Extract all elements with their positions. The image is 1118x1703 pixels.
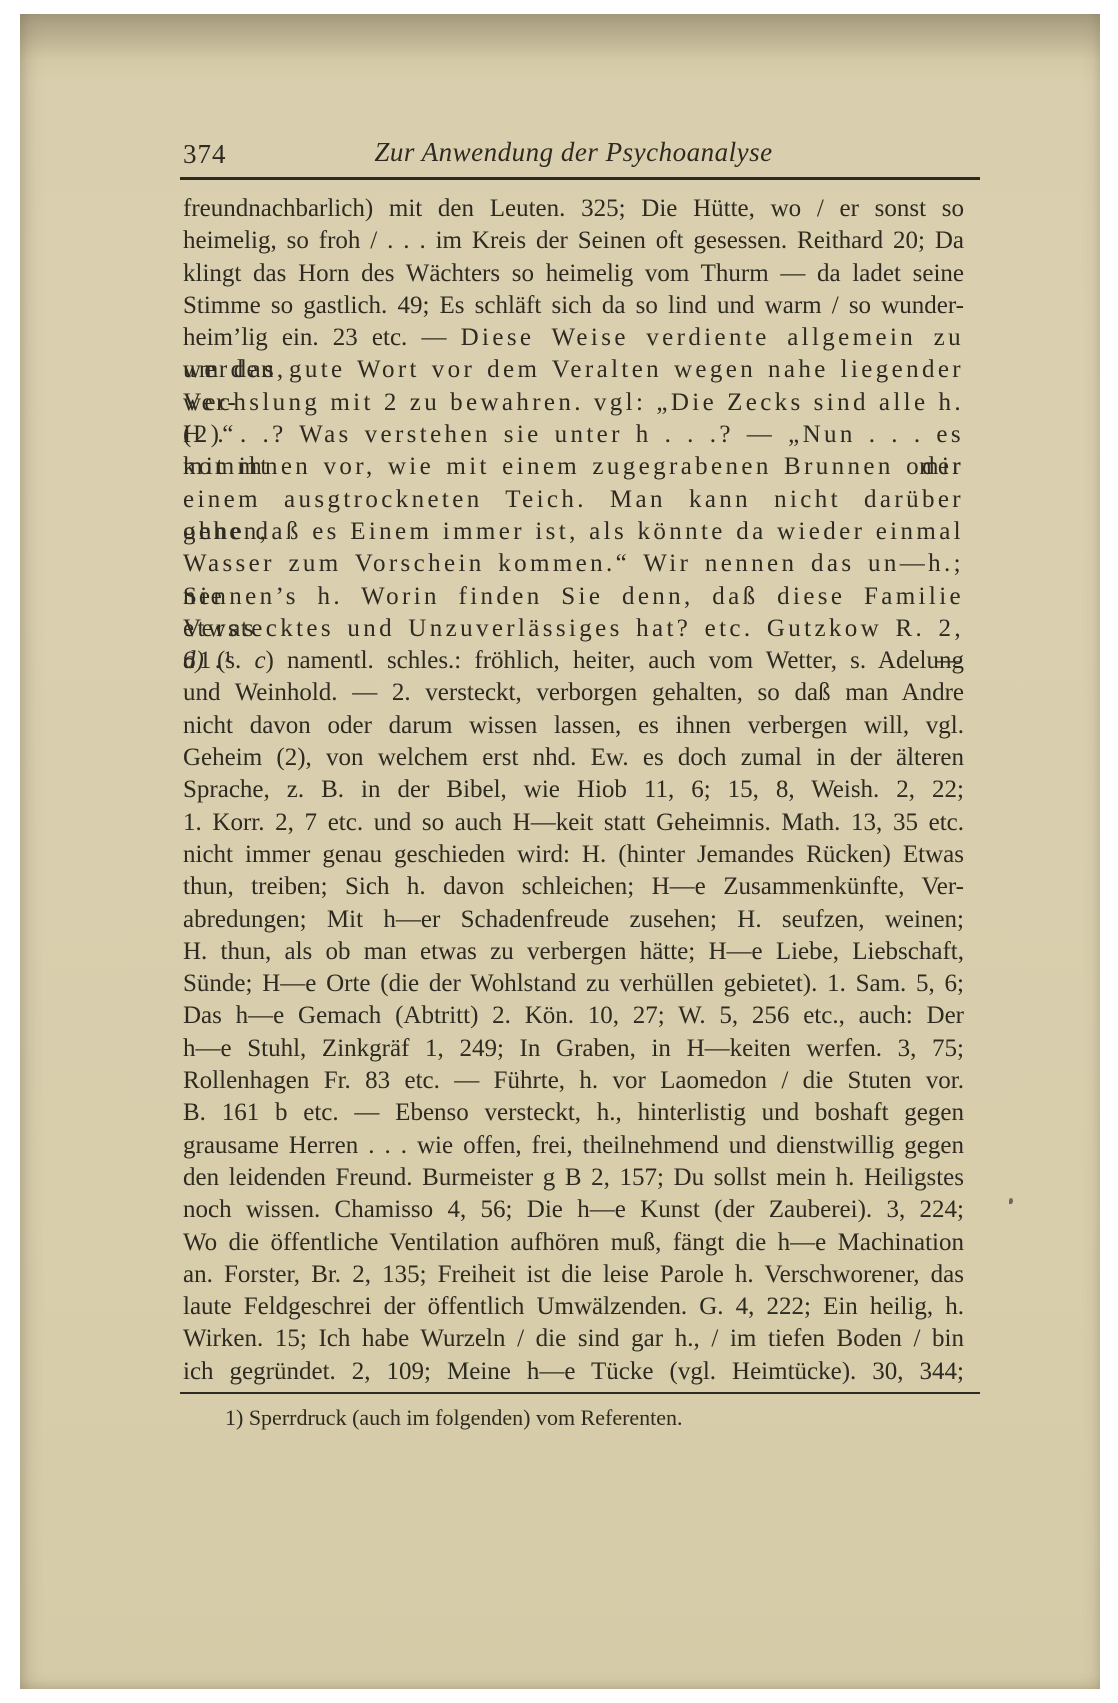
text-line: nicht immer genau geschieden wird: H. (h…: [183, 839, 964, 871]
text-line: und Weinhold. — 2. versteckt, verborgen …: [183, 677, 964, 709]
text-line: Sünde; H—e Orte (die der Wohlstand zu ve…: [183, 968, 964, 1000]
text-line: abredungen; Mit h—er Schadenfreude zuseh…: [183, 904, 964, 936]
text-line: Geheim (2), von welchem erst nhd. Ew. es…: [183, 742, 964, 774]
scan-speck: [1009, 1198, 1013, 1204]
text-line: Rollenhagen Fr. 83 etc. — Führte, h. vor…: [183, 1065, 964, 1097]
text-block: freundnachbarlich) mit den Leuten. 325; …: [183, 193, 964, 1388]
footnote-rule: [180, 1392, 980, 1394]
text-line: Wasser zum Vorschein kommen.“ Wir nennen…: [183, 548, 964, 580]
text-line: Stimme so gastlich. 49; Es schläft sich …: [183, 290, 964, 322]
text-line: thun, treiben; Sich h. davon schleichen;…: [183, 871, 964, 903]
text-line: grausame Herren . . . wie offen, frei, t…: [183, 1130, 964, 1162]
text-line: Verstecktes und Unzuverlässiges hat? etc…: [183, 613, 964, 645]
text-line: Wo die öffentliche Ventilation aufhören …: [183, 1227, 964, 1259]
text-line: 1. Korr. 2, 7 etc. und so auch H—keit st…: [183, 807, 964, 839]
scan-frame: 374 Zur Anwendung der Psychoanalyse freu…: [0, 0, 1118, 1703]
text-line: B. 161 b etc. — Ebenso versteckt, h., hi…: [183, 1097, 964, 1129]
text-line: mit ihnen vor, wie mit einem zugegrabene…: [183, 451, 964, 483]
text-line: einem ausgtrockneten Teich. Man kann nic…: [183, 484, 964, 516]
text-line: H. thun, als ob man etwas zu verbergen h…: [183, 936, 964, 968]
text-line: nennen’s h. Worin finden Sie denn, daß d…: [183, 581, 964, 613]
text-line: noch wissen. Chamisso 4, 56; Die h—e Kun…: [183, 1194, 964, 1226]
text-line: freundnachbarlich) mit den Leuten. 325; …: [183, 193, 964, 225]
text-line: heimelig, so froh / . . . im Kreis der S…: [183, 225, 964, 257]
text-line: den leidenden Freund. Burmeister g B 2, …: [183, 1162, 964, 1194]
text-line: laute Feldgeschrei der öffentlich Umwälz…: [183, 1291, 964, 1323]
book-page: 374 Zur Anwendung der Psychoanalyse freu…: [20, 14, 1100, 1689]
header-rule: [180, 177, 980, 180]
text-line: um das gute Wort vor dem Veralten wegen …: [183, 354, 964, 386]
footnote: 1) Sperrdruck (auch im folgenden) vom Re…: [225, 1404, 964, 1432]
text-line: klingt das Horn des Wächters so heimelig…: [183, 258, 964, 290]
page-header: 374 Zur Anwendung der Psychoanalyse: [183, 136, 964, 170]
text-line: Wirken. 15; Ich habe Wurzeln / die sind …: [183, 1323, 964, 1355]
text-line: ohne daß es Einem immer ist, als könnte …: [183, 516, 964, 548]
text-line: d) (s. c) namentl. schles.: fröhlich, he…: [183, 645, 964, 677]
text-line: H . . .? Was verstehen sie unter h . . .…: [183, 419, 964, 451]
text-line: an. Forster, Br. 2, 135; Freiheit ist di…: [183, 1259, 964, 1291]
text-line: nicht davon oder darum wissen lassen, es…: [183, 710, 964, 742]
text-line: ich gegründet. 2, 109; Meine h—e Tücke (…: [183, 1356, 964, 1388]
text-line: h—e Stuhl, Zinkgräf 1, 249; In Graben, i…: [183, 1033, 964, 1065]
text-line: Das h—e Gemach (Abtritt) 2. Kön. 10, 27;…: [183, 1000, 964, 1032]
text-line: heim’lig ein. 23 etc. — Diese Weise verd…: [183, 322, 964, 354]
text-line: wechslung mit 2 zu bewahren. vgl: „Die Z…: [183, 387, 964, 419]
running-title: Zur Anwendung der Psychoanalyse: [183, 137, 964, 168]
text-line: Sprache, z. B. in der Bibel, wie Hiob 11…: [183, 774, 964, 806]
